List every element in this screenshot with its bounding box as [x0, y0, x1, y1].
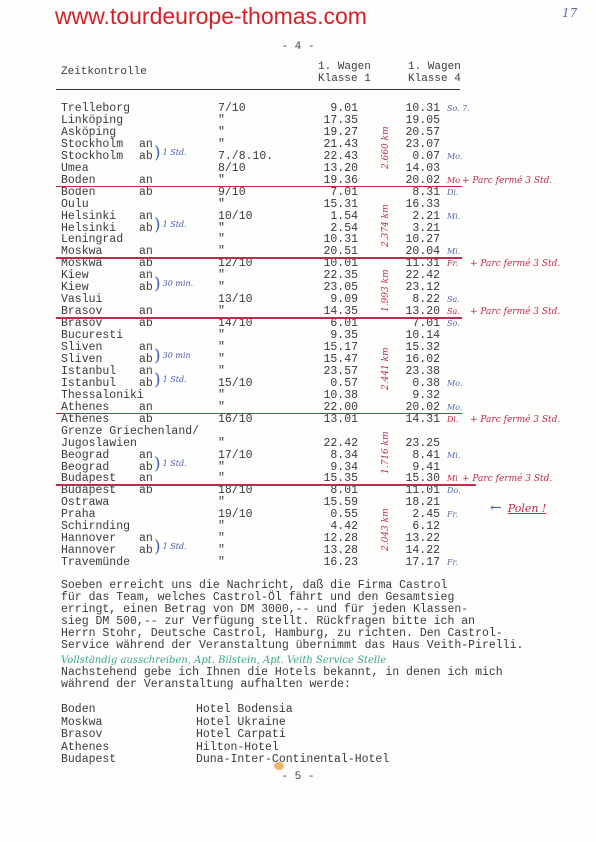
handwritten-line: Vollständig ausschreiben, Apt. Bilstein,… [61, 655, 386, 666]
city-cell: Helsinki [61, 211, 116, 223]
city-cell: Beograd [61, 450, 109, 462]
klasse1-time: 10.38 [300, 390, 358, 402]
weekday-note: So. [447, 318, 460, 330]
date-cell: " [218, 557, 225, 569]
polen-text: Polen ! [508, 502, 547, 515]
city-cell: Athenes [61, 414, 109, 426]
date-cell: 7./8.10. [218, 151, 273, 163]
anab-cell: ab [139, 485, 153, 497]
stage-separator [56, 317, 462, 319]
anab-cell: ab [139, 318, 153, 330]
hotels-intro: Nachstehend gebe ich Ihnen die Hotels be… [61, 667, 503, 691]
klasse4-time: 9.32 [395, 390, 440, 402]
weekday-note: Fr. [447, 557, 458, 569]
anab-cell: ab [139, 414, 153, 426]
table-row: Athenesab16/1013.0114.31Di.+ Parc fermé … [0, 414, 596, 426]
anab-cell: ab [139, 223, 153, 235]
parc-ferme-note: + Parc fermé 3 Std. [470, 306, 560, 318]
weekday-note: Sa. [447, 294, 460, 306]
table-row: Grenze Griechenland/ [0, 426, 596, 438]
table-row: Thessaloniki"10.389.32 [0, 390, 596, 402]
weekday-note: Mo. [447, 378, 462, 390]
table-row: Bodenab9/107.018.31Di. [0, 187, 596, 199]
date-cell: 8/10 [218, 163, 246, 175]
stage-distance: 1.716 km [381, 431, 391, 474]
table-row: Beogradan17/108.348.41Mi. [0, 450, 596, 462]
stop-duration-note: 1 Std. [154, 140, 187, 160]
klasse1-time: 15.31 [300, 199, 358, 211]
table-row: Moskwaab12/1010.0111.31Fr.+ Parc fermé 3… [0, 258, 596, 270]
weekday-note: Fr. [447, 509, 458, 521]
table-row: Stockholmab7./8.10.22.430.07Mo. [0, 151, 596, 163]
klasse1-time: 16.23 [300, 557, 358, 569]
klasse1-time: 13.20 [300, 163, 358, 175]
klasse4-time: 14.03 [395, 163, 440, 175]
city-cell: Stockholm [61, 151, 123, 163]
klasse4-time: 17.17 [395, 557, 440, 569]
stop-duration-note: 1 Std. [154, 451, 187, 471]
weekday-note: So. 7. [447, 103, 470, 115]
hotel-city: Brasov [61, 729, 102, 741]
hotel-name: Hotel Ukraine [196, 717, 286, 729]
table-row: Kiewan"22.3522.42 [0, 270, 596, 282]
stage-distance: 2.043 km [381, 509, 391, 552]
klasse1-time: 7.01 [300, 187, 358, 199]
klasse4-time: 23.25 [395, 438, 440, 450]
hotel-city: Moskwa [61, 717, 102, 729]
weekday-note: Fr. [447, 258, 458, 270]
date-cell: 9/10 [218, 187, 246, 199]
city-cell: Umea [61, 163, 89, 175]
parc-ferme-note: + Parc fermé 3 Std. [470, 258, 560, 270]
city-cell: Thessaloniki [61, 390, 144, 402]
table-row: Jugoslawien"22.4223.25 [0, 438, 596, 450]
weekday-note: Di. [447, 414, 459, 426]
anab-cell: ab [139, 151, 153, 163]
date-cell: " [218, 199, 225, 211]
stop-duration-note: 1 Std. [154, 367, 187, 387]
weekday-note: Do. [447, 485, 461, 497]
stage-distance: 1.993 km [381, 270, 391, 313]
klasse1-time: 8.34 [300, 450, 358, 462]
text-line: Service während der Veranstaltung überni… [61, 640, 523, 652]
klasse4-time: 0.07 [395, 151, 440, 163]
table-row: Travemünde"16.2317.17Fr. [0, 557, 596, 569]
klasse1-time: 1.54 [300, 211, 358, 223]
hotel-name: Hilton-Hotel [196, 742, 279, 754]
klasse4-time: 8.31 [395, 187, 440, 199]
hotel-city: Athenes [61, 742, 109, 754]
date-cell: 10/10 [218, 211, 253, 223]
stage-distance: 2.374 km [381, 204, 391, 247]
anab-cell: an [139, 450, 153, 462]
parc-ferme-note: + Parc fermé 3 Std. [462, 175, 552, 187]
klasse4-time: 8.41 [395, 450, 440, 462]
stain [274, 762, 284, 770]
arrow-left-icon: ← [490, 500, 502, 516]
header-k4-line2: Klasse 4 [408, 74, 461, 85]
klasse1-time: 13.01 [300, 414, 358, 426]
stage-separator [56, 186, 462, 188]
weekday-note: Mi. [447, 450, 460, 462]
stop-duration-note: 1 Std. [154, 212, 187, 232]
corner-number: 17 [562, 6, 577, 20]
stage-separator [56, 484, 476, 486]
city-cell: Jugoslawien [61, 438, 137, 450]
anab-cell: ab [139, 282, 153, 294]
stage-separator [56, 257, 462, 259]
table-row: Helsinkian10/101.542.21Mi. [0, 211, 596, 223]
page-number-bottom: - 5 - [0, 771, 596, 783]
header-k1-line2: Klasse 1 [318, 74, 371, 85]
stop-duration-note: 1 Std. [154, 534, 187, 554]
header-k4-line1: 1. Wagen [408, 62, 461, 73]
page-number-top: - 4 - [0, 41, 596, 53]
city-cell: Grenze Griechenland/ [61, 426, 199, 438]
header-zeitkontrolle: Zeitkontrolle [61, 67, 147, 78]
date-cell: 17/10 [218, 450, 253, 462]
text-line: während der Veranstaltung aufhalten werd… [61, 679, 503, 691]
date-cell: 16/10 [218, 414, 253, 426]
klasse4-time: 14.31 [395, 414, 440, 426]
city-cell: Oulu [61, 199, 89, 211]
klasse4-time: 2.21 [395, 211, 440, 223]
hotel-name: Hotel Bodensia [196, 704, 293, 716]
stop-duration-note: 30 min [154, 343, 191, 363]
date-cell: " [218, 438, 225, 450]
table-row: Oulu"15.3116.33 [0, 199, 596, 211]
site-url: www.tourdeurope-thomas.com [55, 3, 367, 30]
hotel-city: Budapest [61, 754, 116, 766]
parc-ferme-note: + Parc fermé 3 Std. [470, 414, 560, 426]
polen-note: ←Polen ! [490, 500, 546, 516]
klasse1-time: 22.43 [300, 151, 358, 163]
table-row: Umea8/1013.2014.03 [0, 163, 596, 175]
hotel-city: Boden [61, 704, 96, 716]
hotel-name: Hotel Carpati [196, 729, 286, 741]
weekday-note: Mi. [447, 211, 460, 223]
klasse1-time: 22.42 [300, 438, 358, 450]
header-rule [56, 89, 460, 90]
city-cell: Boden [61, 187, 96, 199]
hotel-name: Duna-Inter-Continental-Hotel [196, 754, 389, 766]
weekday-note: Di. [447, 187, 459, 199]
city-cell: Travemünde [61, 557, 130, 569]
stage-separator [56, 413, 462, 415]
stage-distance: 2.441 km [381, 347, 391, 390]
weekday-note: Mo. [447, 151, 462, 163]
date-cell: " [218, 390, 225, 402]
anab-cell: ab [139, 187, 153, 199]
anab-cell: ab [139, 545, 153, 557]
castrol-paragraph: Soeben erreicht uns die Nachricht, daß d… [61, 580, 523, 652]
klasse4-time: 16.33 [395, 199, 440, 211]
stop-duration-note: 30 min. [154, 271, 193, 291]
stage-distance: 2.660 km [381, 126, 391, 169]
anab-cell: an [139, 211, 153, 223]
header-k1-line1: 1. Wagen [318, 62, 371, 73]
